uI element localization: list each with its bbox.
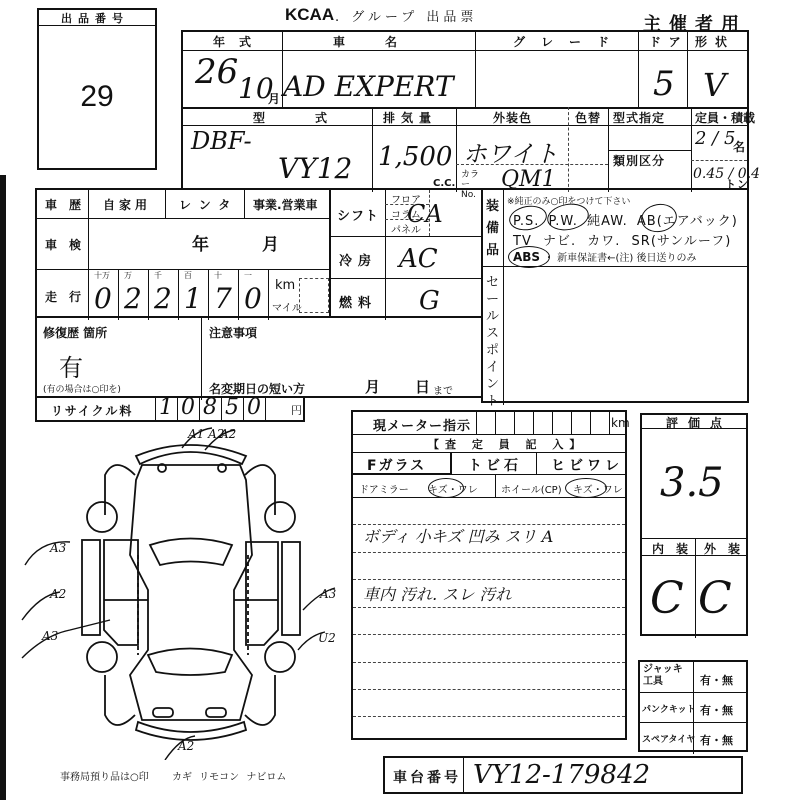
ac-label: 冷房 <box>339 250 377 269</box>
damage-mark-left-rear-fender: A3 <box>41 629 59 643</box>
lot-number-label: 出品番号 <box>61 10 129 26</box>
repair-value: 有 <box>59 348 83 383</box>
accessory-value-spare-tire[interactable]: 有・無 <box>700 732 733 748</box>
equipment-alloy-wheels[interactable]: 純AW. <box>587 214 628 229</box>
damage-mark-right-rear-fender: U2 <box>318 631 336 645</box>
car-damage-diagram: A1 A2 A2 A3 A2 A3 A3 U2 A2 <box>20 420 360 760</box>
mileage-digit-label: 十 <box>214 270 222 281</box>
office-items[interactable]: カギ リモコン ナビロム <box>172 768 286 783</box>
type-designation-label: 型式指定 <box>613 109 665 126</box>
equipment-sunroof[interactable]: SR(サンルーフ) <box>632 234 732 249</box>
office-note: 事務局預り品は○印 <box>60 768 149 783</box>
mileage-digit: 0 <box>94 282 112 315</box>
circle-mark-mirror <box>428 478 464 498</box>
vehicle-info-grid: 年式 車名 グレード ドア 形状 26 10 月 AD EXPERT 5 V 型… <box>181 30 749 190</box>
color-value: ホワイト <box>463 134 558 169</box>
lot-number: 29 <box>39 80 155 114</box>
recycle-digit: 5 <box>225 395 239 420</box>
form-title: . グループ 出品票 <box>335 6 477 25</box>
equipment-grid: 装備品 ※純正のみ○印をつけて下さい P.S. P.W. 純AW. AB(エアバ… <box>481 188 749 403</box>
mileage-digit: 0 <box>244 282 262 315</box>
equipment-warranty-note: ・ 新車保証書←(注) 後日送りのみ <box>544 253 697 264</box>
name-change-suffix: まで <box>433 382 453 397</box>
equipment-row-2: TV ナビ. カワ. SR(サンルーフ) <box>513 230 731 249</box>
model-value: VY12 <box>278 152 352 185</box>
equipment-leather[interactable]: カワ. <box>587 234 620 249</box>
capacity-persons: 2 / 5 <box>695 128 735 149</box>
mileage-unit-mile: マイル <box>272 299 302 314</box>
mileage-digit-label: 万 <box>124 270 132 281</box>
fuel-value: G <box>419 286 440 316</box>
ac-value: AC <box>399 244 438 274</box>
mileage-digit: 1 <box>184 282 202 315</box>
repair-label: 修復歴 箇所 <box>43 324 107 341</box>
meter-label: 現メーター指示 <box>373 415 471 434</box>
shift-value: CA <box>407 200 443 228</box>
specs-grid: シフト フロア コラム パネル CA 冷房 AC 燃料 G <box>329 188 483 318</box>
interior-value: C <box>650 573 684 624</box>
inspector-label: 【査 定 員 記 入】 <box>428 436 586 452</box>
accessory-value-puncture-kit[interactable]: 有・無 <box>700 702 733 718</box>
glass-label: Fガラス <box>367 455 426 475</box>
mileage-digit: 2 <box>124 282 142 315</box>
mirror-label: ドアミラー <box>359 481 409 496</box>
exterior-label: 外装 <box>704 540 752 557</box>
inspection-year-unit: 年 <box>192 230 209 255</box>
circle-mark-wheel <box>565 478 607 498</box>
mileage-digit: 7 <box>214 282 232 315</box>
history-grid: 車歴 自家用 レンタ 事業.営業車 車検 年 月 走行 十万0万2千2百1十7一… <box>35 188 331 318</box>
equipment-navi[interactable]: ナビ. <box>543 234 576 249</box>
model-prefix: DBF- <box>191 127 252 155</box>
brand-logo: KCAA <box>285 5 334 25</box>
lot-number-box: 出品番号 29 <box>37 8 157 170</box>
accessory-value-jack[interactable]: 有・無 <box>700 672 733 688</box>
circle-mark-abs <box>508 246 550 268</box>
mileage-digit-label: 百 <box>184 270 192 281</box>
displacement-label: 排気量 <box>383 109 437 126</box>
month-unit: 月 <box>268 90 281 107</box>
mileage-digit-label: 一 <box>244 270 252 281</box>
repair-note: (有の場合は○印を) <box>43 382 121 395</box>
chassis-number-box: 車台番号 VY12-179842 <box>383 756 743 794</box>
damage-mark-rear-bumper: A2 <box>177 739 194 753</box>
inspector-grid: 現メーター指示 km 【査 定 員 記 入】 Fガラス トビ石 ヒビワレ ドアミ… <box>351 410 627 740</box>
inspector-note-2: 車内 汚れ. スレ 汚れ <box>363 582 511 605</box>
sales-point-label: セールスポイント <box>486 274 500 410</box>
fuel-label: 燃料 <box>339 292 377 311</box>
wheel-label: ホイール(CP) <box>501 481 562 496</box>
grade-label: グレード <box>513 33 625 50</box>
exterior-value: C <box>698 573 732 624</box>
name-change-day: 日 <box>415 376 430 397</box>
score-value: 3.5 <box>660 460 724 506</box>
glass-option-chip[interactable]: トビ石 <box>468 455 522 475</box>
shape-value: V <box>703 66 726 104</box>
caution-label: 注意事項 <box>209 324 257 341</box>
capacity-persons-unit: 名 <box>733 138 746 155</box>
chassis-value: VY12-179842 <box>473 760 650 790</box>
accessories-grid: ジャッキ工具 有・無 パンクキット 有・無 スペアタイヤ 有・無 <box>638 660 748 752</box>
accessory-label-puncture-kit: パンクキット <box>642 702 696 715</box>
glass-option-crack[interactable]: ヒビワレ <box>551 455 623 475</box>
mileage-unit-km: km <box>275 278 295 293</box>
color-change-label: 色替 <box>575 109 601 126</box>
damage-mark-left-front-door: A3 <box>49 541 67 555</box>
recycle-digit: 1 <box>159 395 173 420</box>
mileage-digit-label: 十万 <box>94 270 110 281</box>
displacement-value: 1,500 <box>378 142 452 172</box>
class-label: 類別区分 <box>613 152 665 169</box>
chassis-label: 車台番号 <box>393 767 461 787</box>
scan-edge <box>0 175 6 800</box>
name-change-month: 月 <box>365 376 380 397</box>
recycle-label: リサイクル料 <box>51 402 133 419</box>
meter-unit: km <box>611 416 630 430</box>
year-value: 26 <box>195 52 238 92</box>
history-option-rental[interactable]: レンタ <box>179 196 238 213</box>
recycle-box: 10850 リサイクル料 円 <box>35 396 305 422</box>
score-grid: 評価点 3.5 内装 外装 C C <box>640 413 748 636</box>
score-label: 評価点 <box>666 414 732 431</box>
accessory-label-spare-tire: スペアタイヤ <box>642 732 695 745</box>
inspector-note-1: ボディ 小キズ 凹み スリ A <box>363 524 553 547</box>
shape-label: 形状 <box>695 33 735 50</box>
damage-mark-left-rear-door: A2 <box>49 587 66 601</box>
model-label: 型式 <box>253 109 377 126</box>
mileage-digit-label: 千 <box>154 270 162 281</box>
inspection-label: 車検 <box>45 236 93 253</box>
mileage-label: 走行 <box>45 288 93 305</box>
recycle-digit: 0 <box>181 395 195 420</box>
history-option-commercial[interactable]: 事業.営業車 <box>253 196 318 213</box>
color-label: 外装色 <box>493 109 532 126</box>
shift-label: シフト <box>337 205 379 224</box>
history-label: 車歴 <box>45 196 93 213</box>
accessory-label-jack: ジャッキ工具 <box>643 664 691 688</box>
recycle-digit: 0 <box>247 395 261 420</box>
doors-label: ドア <box>649 33 689 50</box>
mile-checkbox[interactable] <box>299 278 329 313</box>
inspection-month-unit: 月 <box>262 230 279 255</box>
car-name-label: 車名 <box>333 33 437 50</box>
doors-value: 5 <box>653 64 675 104</box>
damage-mark-front-right: A2 <box>219 427 236 441</box>
interior-label: 内装 <box>652 540 700 557</box>
recycle-unit: 円 <box>291 402 302 418</box>
damage-mark-right-rear-door: A3 <box>319 587 337 601</box>
recycle-digit: 8 <box>203 395 217 420</box>
car-name-value: AD EXPERT <box>283 70 454 103</box>
repair-grid: 修復歴 箇所 有 (有の場合は○印を) 注意事項 名変期日の短い方 月 日 まで <box>35 316 483 398</box>
equipment-label: 装備品 <box>486 196 500 262</box>
year-label: 年式 <box>213 33 265 50</box>
mileage-digit: 2 <box>154 282 172 315</box>
history-option-private[interactable]: 自家用 <box>103 196 151 213</box>
damage-mark-front-left: A1 A2 <box>187 427 224 441</box>
capacity-label: 定員・積載 <box>695 109 755 126</box>
